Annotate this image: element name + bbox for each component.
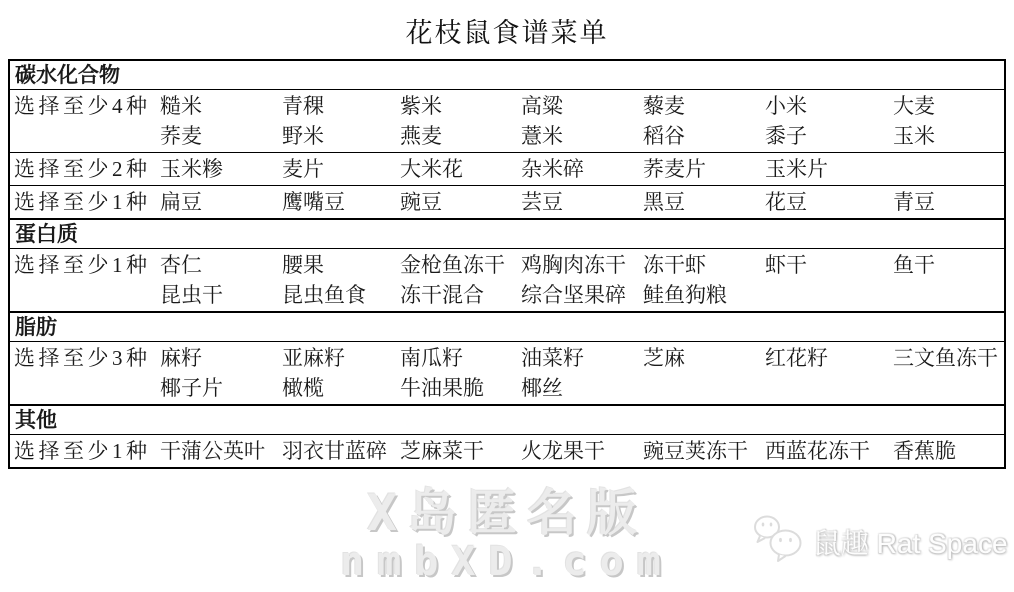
row-requirement-label: 选择至少1种 bbox=[10, 436, 160, 466]
food-item: 豌豆荚冻干 bbox=[643, 436, 765, 466]
food-item: 羽衣甘蓝碎 bbox=[282, 436, 400, 466]
food-item: 荞麦 bbox=[160, 121, 282, 151]
food-item: 金枪鱼冻干 bbox=[400, 250, 521, 280]
food-item: 椰子片 bbox=[160, 373, 282, 403]
food-item: 荞麦片 bbox=[643, 154, 765, 184]
food-item: 冻干虾 bbox=[643, 250, 765, 280]
food-item: 玉米糁 bbox=[160, 154, 282, 184]
food-item: 杂米碎 bbox=[521, 154, 643, 184]
row-requirement-label: 选择至少1种 bbox=[10, 250, 160, 310]
table-row: 选择至少4种 糙米青稞紫米高粱藜麦小米大麦荞麦野米燕麦薏米稻谷黍子玉米 bbox=[10, 90, 1004, 152]
food-item: 南瓜籽 bbox=[400, 343, 521, 373]
menu-table: 碳水化合物 选择至少4种 糙米青稞紫米高粱藜麦小米大麦荞麦野米燕麦薏米稻谷黍子玉… bbox=[8, 59, 1006, 469]
brand-name: 鼠趣 Rat Space bbox=[813, 522, 1008, 562]
food-item: 油菜籽 bbox=[521, 343, 643, 373]
food-item: 玉米 bbox=[893, 121, 1004, 151]
food-item: 大麦 bbox=[893, 91, 1004, 121]
table-section: 脂肪 选择至少3种 麻籽亚麻籽南瓜籽油菜籽芝麻红花籽三文鱼冻干椰子片橄榄牛油果脆… bbox=[10, 311, 1004, 404]
food-item: 西蓝花冻干 bbox=[765, 436, 893, 466]
row-requirement-label: 选择至少2种 bbox=[10, 154, 160, 184]
food-item: 鲑鱼狗粮 bbox=[643, 280, 765, 310]
food-item: 鱼干 bbox=[893, 250, 1004, 280]
food-item: 野米 bbox=[282, 121, 400, 151]
food-item: 昆虫鱼食 bbox=[282, 280, 400, 310]
food-item: 扁豆 bbox=[160, 187, 282, 217]
food-item: 亚麻籽 bbox=[282, 343, 400, 373]
table-row: 选择至少1种 干蒲公英叶羽衣甘蓝碎芝麻菜干火龙果干豌豆荚冻干西蓝花冻干香蕉脆 bbox=[10, 435, 1004, 467]
food-item: 杏仁 bbox=[160, 250, 282, 280]
food-item: 玉米片 bbox=[765, 154, 893, 184]
row-requirement-label: 选择至少3种 bbox=[10, 343, 160, 403]
food-item: 藜麦 bbox=[643, 91, 765, 121]
food-item: 燕麦 bbox=[400, 121, 521, 151]
table-row: 选择至少2种 玉米糁麦片大米花杂米碎荞麦片玉米片 bbox=[10, 152, 1004, 185]
food-item: 芸豆 bbox=[521, 187, 643, 217]
food-item: 小米 bbox=[765, 91, 893, 121]
food-item: 黑豆 bbox=[643, 187, 765, 217]
food-item: 红花籽 bbox=[765, 343, 893, 373]
food-item: 薏米 bbox=[521, 121, 643, 151]
food-item: 综合坚果碎 bbox=[521, 280, 643, 310]
food-item: 稻谷 bbox=[643, 121, 765, 151]
table-row: 选择至少1种 扁豆鹰嘴豆豌豆芸豆黑豆花豆青豆 bbox=[10, 185, 1004, 218]
food-item: 大米花 bbox=[400, 154, 521, 184]
food-item: 火龙果干 bbox=[521, 436, 643, 466]
page-title: 花枝鼠食谱菜单 bbox=[0, 11, 1014, 50]
food-item: 黍子 bbox=[765, 121, 893, 151]
food-item: 香蕉脆 bbox=[893, 436, 1004, 466]
food-item: 冻干混合 bbox=[400, 280, 521, 310]
food-item: 干蒲公英叶 bbox=[160, 436, 282, 466]
food-item: 高粱 bbox=[521, 91, 643, 121]
table-row: 选择至少3种 麻籽亚麻籽南瓜籽油菜籽芝麻红花籽三文鱼冻干椰子片橄榄牛油果脆椰丝 bbox=[10, 342, 1004, 404]
table-section: 碳水化合物 选择至少4种 糙米青稞紫米高粱藜麦小米大麦荞麦野米燕麦薏米稻谷黍子玉… bbox=[10, 61, 1004, 218]
food-item: 牛油果脆 bbox=[400, 373, 521, 403]
food-item: 青稞 bbox=[282, 91, 400, 121]
food-item: 鸡胸肉冻干 bbox=[521, 250, 643, 280]
food-item: 昆虫干 bbox=[160, 280, 282, 310]
section-header-label: 其他 bbox=[10, 406, 1004, 435]
brand-footer: 鼠趣 Rat Space bbox=[752, 514, 1008, 569]
page: 花枝鼠食谱菜单 碳水化合物 选择至少4种 糙米青稞紫米高粱藜麦小米大麦荞麦野米燕… bbox=[0, 0, 1014, 592]
wechat-chat-bubbles-icon bbox=[752, 514, 804, 569]
section-header-label: 脂肪 bbox=[10, 313, 1004, 342]
food-item: 麻籽 bbox=[160, 343, 282, 373]
section-header-label: 蛋白质 bbox=[10, 220, 1004, 249]
food-item: 鹰嘴豆 bbox=[282, 187, 400, 217]
food-item: 紫米 bbox=[400, 91, 521, 121]
section-header-label: 碳水化合物 bbox=[10, 61, 1004, 90]
table-section: 其他 选择至少1种 干蒲公英叶羽衣甘蓝碎芝麻菜干火龙果干豌豆荚冻干西蓝花冻干香蕉… bbox=[10, 404, 1004, 467]
food-item: 豌豆 bbox=[400, 187, 521, 217]
food-item: 花豆 bbox=[765, 187, 893, 217]
food-item: 虾干 bbox=[765, 250, 893, 280]
food-item: 芝麻菜干 bbox=[400, 436, 521, 466]
table-row: 选择至少1种 杏仁腰果金枪鱼冻干鸡胸肉冻干冻干虾虾干鱼干昆虫干昆虫鱼食冻干混合综… bbox=[10, 249, 1004, 311]
row-requirement-label: 选择至少1种 bbox=[10, 187, 160, 217]
food-item: 芝麻 bbox=[643, 343, 765, 373]
food-item: 糙米 bbox=[160, 91, 282, 121]
row-requirement-label: 选择至少4种 bbox=[10, 91, 160, 151]
food-item: 椰丝 bbox=[521, 373, 643, 403]
food-item: 麦片 bbox=[282, 154, 400, 184]
food-item: 腰果 bbox=[282, 250, 400, 280]
table-section: 蛋白质 选择至少1种 杏仁腰果金枪鱼冻干鸡胸肉冻干冻干虾虾干鱼干昆虫干昆虫鱼食冻… bbox=[10, 218, 1004, 311]
food-item: 橄榄 bbox=[282, 373, 400, 403]
food-item: 青豆 bbox=[893, 187, 1004, 217]
food-item: 三文鱼冻干 bbox=[893, 343, 1004, 373]
